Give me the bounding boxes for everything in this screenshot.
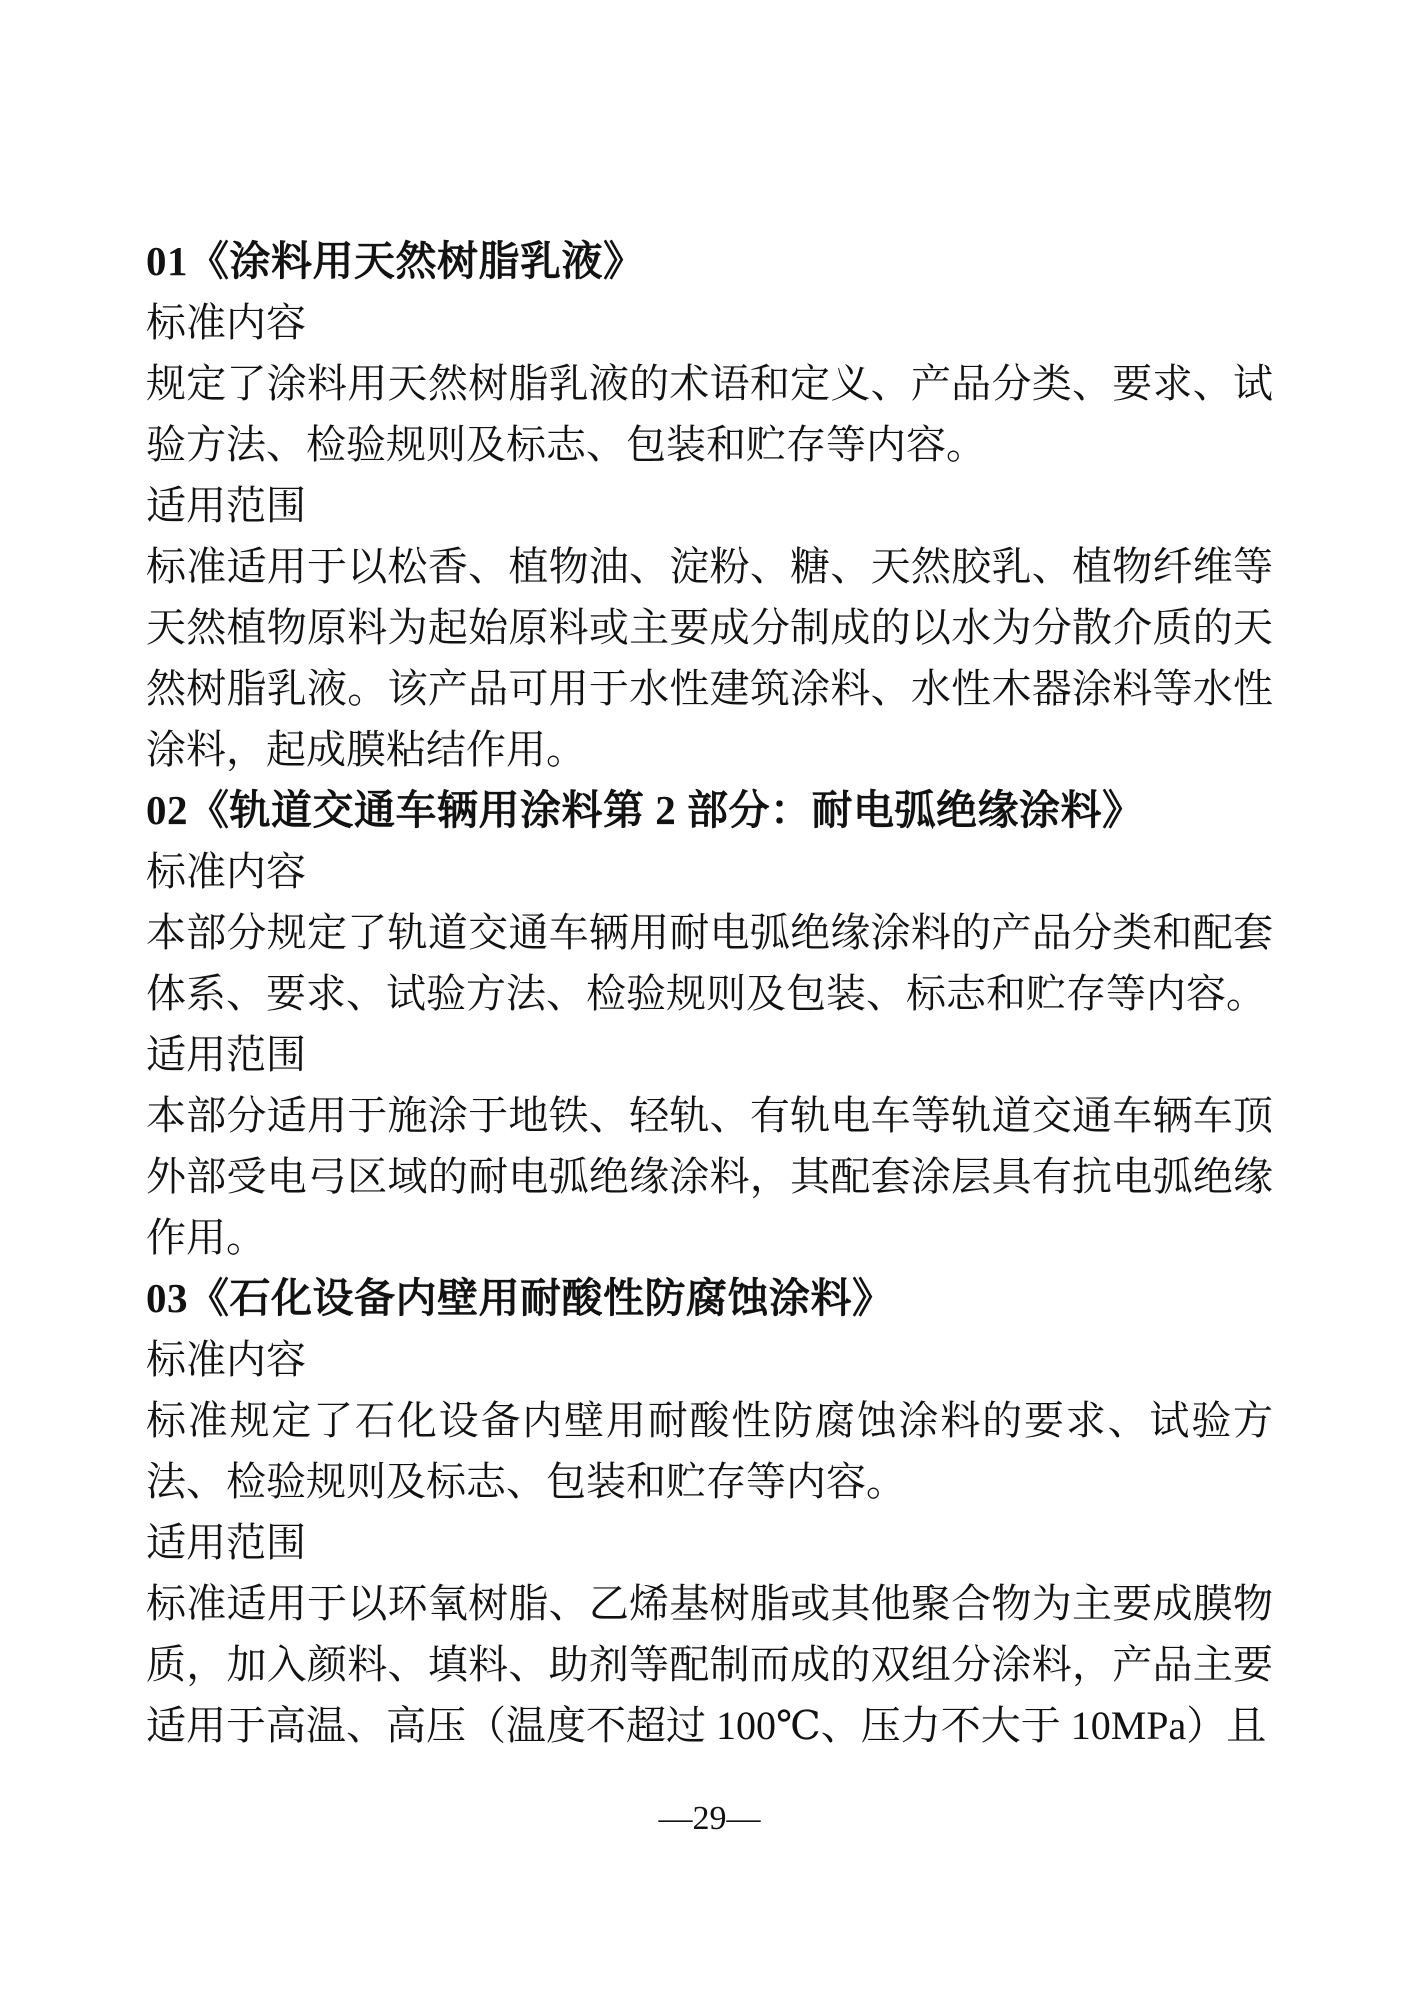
section-heading: 02《轨道交通车辆用涂料第 2 部分：耐电弧绝缘涂料》 <box>146 780 1273 841</box>
scope-paragraph: 标准适用于以松香、植物油、淀粉、糖、天然胶乳、植物纤维等天然植物原料为起始原料或… <box>146 536 1273 780</box>
content-paragraph: 标准规定了石化设备内壁用耐酸性防腐蚀涂料的要求、试验方法、检验规则及标志、包装和… <box>146 1390 1273 1512</box>
content-label: 标准内容 <box>146 292 1273 353</box>
scope-label: 适用范围 <box>146 1024 1273 1085</box>
scope-paragraph: 标准适用于以环氧树脂、乙烯基树脂或其他聚合物为主要成膜物质，加入颜料、填料、助剂… <box>146 1573 1273 1756</box>
content-paragraph: 规定了涂料用天然树脂乳液的术语和定义、产品分类、要求、试验方法、检验规则及标志、… <box>146 353 1273 475</box>
content-paragraph: 本部分规定了轨道交通车辆用耐电弧绝缘涂料的产品分类和配套体系、要求、试验方法、检… <box>146 902 1273 1024</box>
content-label: 标准内容 <box>146 841 1273 902</box>
document-page: 01《涂料用天然树脂乳液》 标准内容 规定了涂料用天然树脂乳液的术语和定义、产品… <box>0 0 1415 2000</box>
content-label: 标准内容 <box>146 1329 1273 1390</box>
section-heading: 01《涂料用天然树脂乳液》 <box>146 231 1273 292</box>
standard-section-01: 01《涂料用天然树脂乳液》 标准内容 规定了涂料用天然树脂乳液的术语和定义、产品… <box>146 231 1273 780</box>
scope-label: 适用范围 <box>146 475 1273 536</box>
standard-section-02: 02《轨道交通车辆用涂料第 2 部分：耐电弧绝缘涂料》 标准内容 本部分规定了轨… <box>146 780 1273 1268</box>
standard-section-03: 03《石化设备内壁用耐酸性防腐蚀涂料》 标准内容 标准规定了石化设备内壁用耐酸性… <box>146 1268 1273 1756</box>
section-heading: 03《石化设备内壁用耐酸性防腐蚀涂料》 <box>146 1268 1273 1329</box>
scope-label: 适用范围 <box>146 1512 1273 1573</box>
page-body: 01《涂料用天然树脂乳液》 标准内容 规定了涂料用天然树脂乳液的术语和定义、产品… <box>146 231 1273 1756</box>
page-number: —29— <box>146 1797 1273 1841</box>
scope-paragraph: 本部分适用于施涂于地铁、轻轨、有轨电车等轨道交通车辆车顶外部受电弓区域的耐电弧绝… <box>146 1085 1273 1268</box>
